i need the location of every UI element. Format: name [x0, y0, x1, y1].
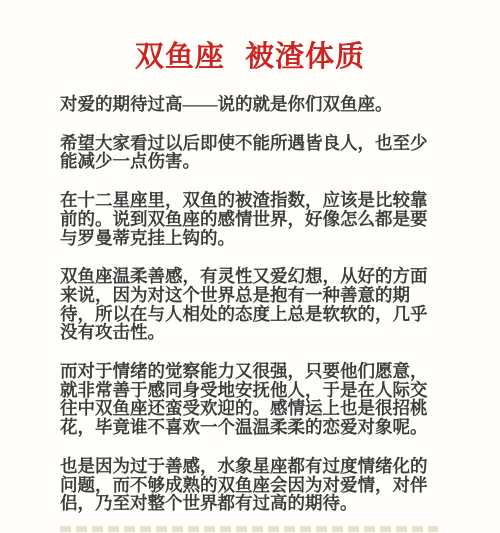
- paragraph-hope: 希望大家看过以后即使不能所遇皆良人，也至少 能减少一点伤害。: [60, 134, 434, 171]
- paragraph-ranking: 在十二星座里，双鱼的被渣指数，应该是比较靠 前的。说到双鱼座的感情世界，好像怎么…: [60, 191, 434, 247]
- paragraph-overly-sentimental: 也是因为过于善感，水象星座都有过度情绪化的 问题，而不够成熟的双鱼座会因为对爱情…: [60, 457, 434, 513]
- paragraph-intro: 对爱的期待过高——说的就是你们双鱼座。: [60, 95, 434, 114]
- paragraph-gentle-nature: 双鱼座温柔善感，有灵性又爱幻想，从好的方面 来说，因为对这个世界总是抱有一种善意…: [60, 267, 434, 342]
- paragraph-empathy: 而对于情绪的觉察能力又很强，只要他们愿意， 就非常善于感同身受地安抚他人，于是在…: [60, 362, 434, 437]
- page-title: 双鱼座 被渣体质: [0, 41, 500, 74]
- clipped-next-line-remnant: [60, 526, 438, 532]
- article-page: 双鱼座 被渣体质 对爱的期待过高——说的就是你们双鱼座。 希望大家看过以后即使不…: [0, 0, 500, 533]
- article-body: 对爱的期待过高——说的就是你们双鱼座。 希望大家看过以后即使不能所遇皆良人，也至…: [0, 95, 434, 513]
